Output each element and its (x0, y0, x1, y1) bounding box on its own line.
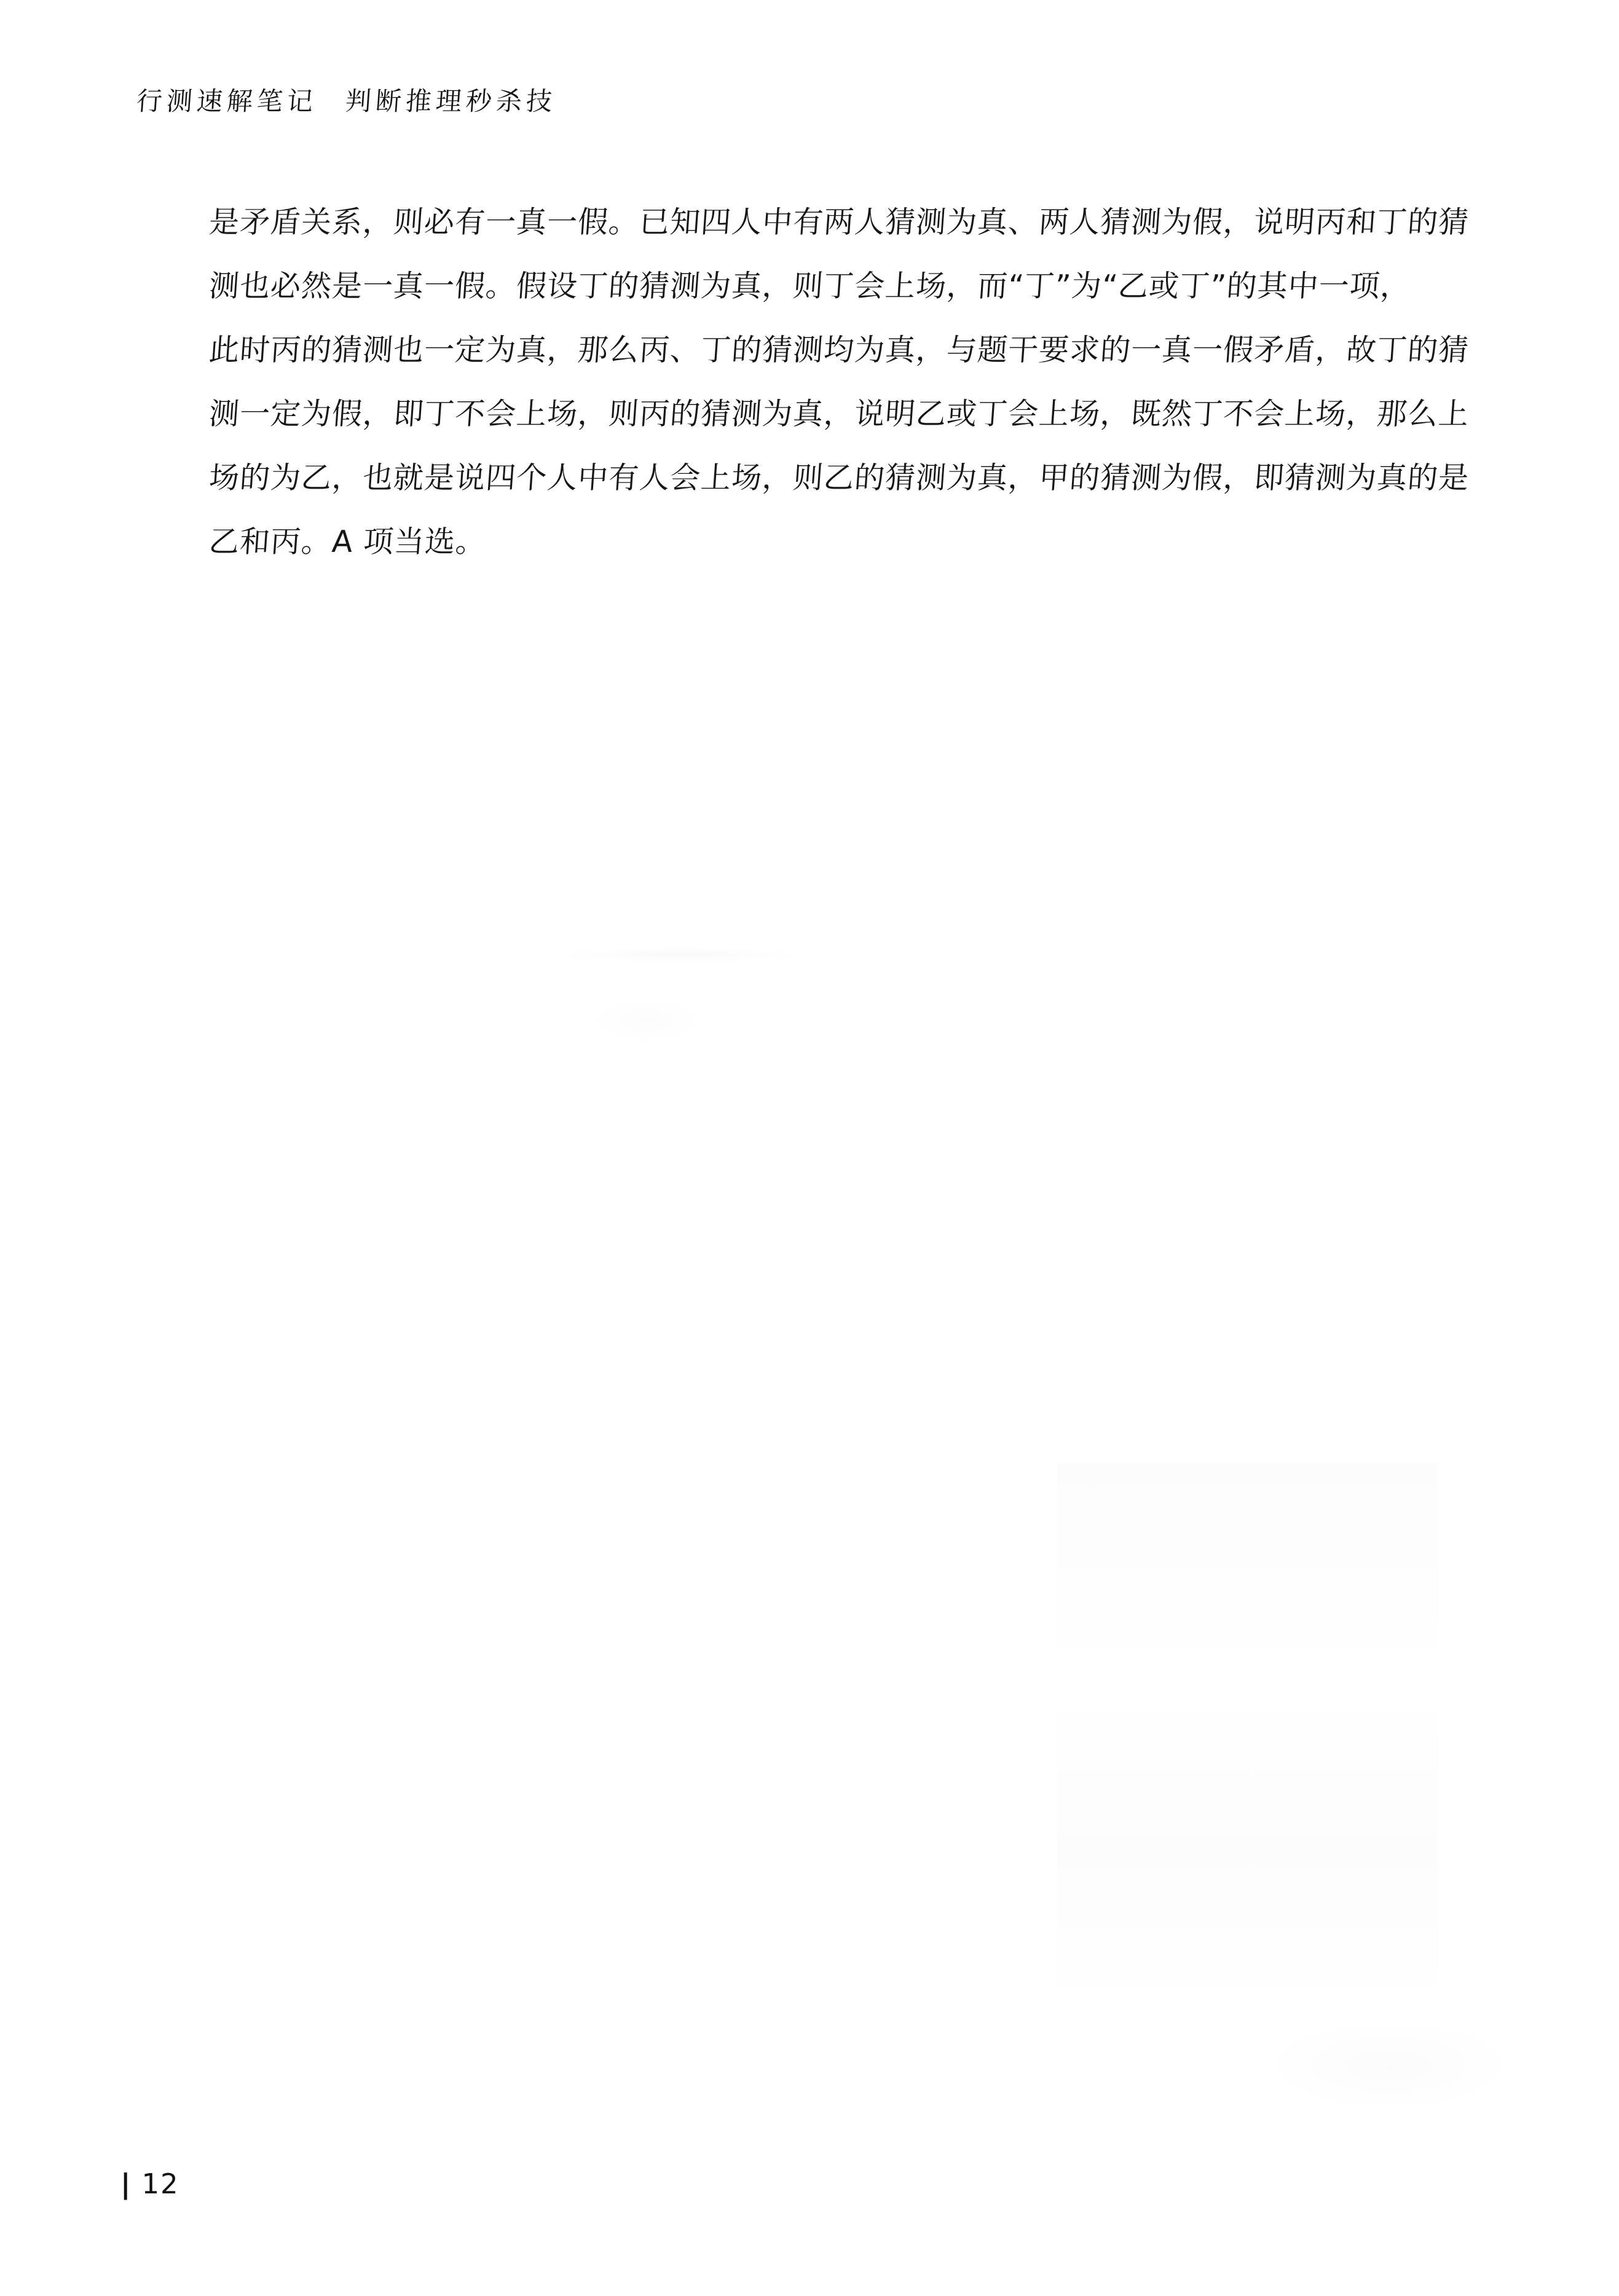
scan-smudge (1260, 2016, 1518, 2114)
chapter-title: 判断推理秒杀技 (344, 84, 557, 119)
scan-smudge (553, 946, 811, 962)
page-footer: | 12 (120, 2168, 179, 2200)
document-page: 行测速解笔记 判断推理秒杀技 是矛盾关系，则必有一真一假。已知四人中有两人猜测为… (0, 0, 1619, 2296)
paragraph-line: 测也必然是一真一假。假设丁的猜测为真，则丁会上场，而“丁”为“乙或丁”的其中一项… (207, 254, 1413, 318)
paragraph-line: 场的为乙，也就是说四个人中有人会上场，则乙的猜测为真，甲的猜测为假，即猜测为真的… (207, 446, 1471, 510)
scan-smudge (1057, 1463, 1438, 2016)
paragraph-line: 测一定为假，即丁不会上场，则丙的猜测为真，说明乙或丁会上场，既然丁不会上场，那么… (207, 382, 1471, 446)
page-number: 12 (141, 2168, 179, 2200)
running-header: 行测速解笔记 判断推理秒杀技 (136, 84, 556, 119)
paragraph-line: 乙和丙。A 项当选。 (207, 510, 488, 574)
paragraph-line: 此时丙的猜测也一定为真，那么丙、丁的猜测均为真，与题干要求的一真一假矛盾，故丁的… (207, 318, 1471, 382)
paragraph-line: 是矛盾关系，则必有一真一假。已知四人中有两人猜测为真、两人猜测为假，说明丙和丁的… (207, 191, 1471, 254)
footer-divider: | (120, 2168, 130, 2200)
book-title: 行测速解笔记 (135, 84, 318, 119)
answer-analysis-paragraph: 是矛盾关系，则必有一真一假。已知四人中有两人猜测为真、两人猜测为假，说明丙和丁的… (209, 191, 1491, 574)
scan-smudge (584, 996, 707, 1045)
